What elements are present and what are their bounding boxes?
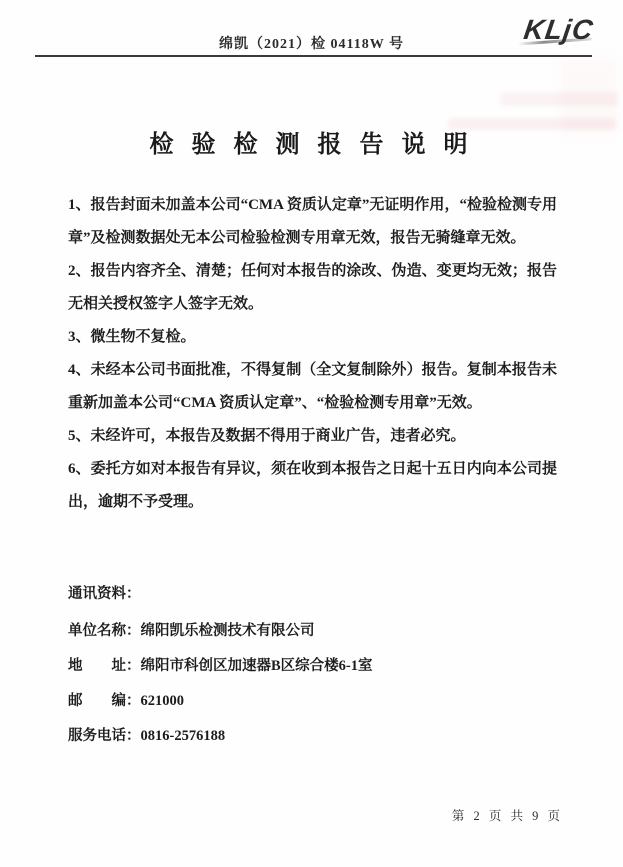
note-item-1: 1、报告封面未加盖本公司“CMA 资质认定章”无证明作用，“检验检测专用章”及检… (68, 189, 557, 255)
company-logo: KLjC (521, 14, 595, 46)
report-page: 绵凯（2021）检 04118W 号 KLjC 检 验 检 测 报 告 说 明 … (0, 0, 623, 867)
stamp-bleed-mark (500, 92, 618, 106)
contact-row-postcode: 邮 编：621000 (68, 691, 373, 712)
contact-info: 通讯资料： 单位名称：绵阳凯乐检测技术有限公司 地 址：绵阳市科创区加速器B区综… (68, 584, 373, 761)
contact-value-address: 绵阳市科创区加速器B区综合楼6-1室 (141, 658, 373, 674)
contact-label-phone: 服务电话： (68, 728, 141, 744)
contact-label-address: 地 址： (68, 658, 141, 674)
contact-value-phone: 0816-2576188 (141, 728, 226, 744)
contact-label-postcode: 邮 编： (68, 693, 141, 709)
note-item-6: 6、委托方如对本报告有异议，须在收到本报告之日起十五日内向本公司提出，逾期不予受… (68, 453, 557, 519)
note-item-3: 3、微生物不复检。 (68, 321, 557, 354)
contact-value-postcode: 621000 (141, 693, 185, 709)
contact-row-phone: 服务电话：0816-2576188 (68, 726, 373, 747)
contact-label-company: 单位名称： (68, 623, 141, 639)
note-item-2: 2、报告内容齐全、清楚；任何对本报告的涂改、伪造、变更均无效；报告无相关授权签字… (68, 255, 557, 321)
page-number: 第 2 页 共 9 页 (452, 806, 563, 824)
contact-heading: 通讯资料： (68, 584, 373, 605)
contact-row-address: 地 址：绵阳市科创区加速器B区综合楼6-1室 (68, 656, 373, 677)
page-title: 检 验 检 测 报 告 说 明 (0, 124, 623, 159)
report-notes: 1、报告封面未加盖本公司“CMA 资质认定章”无证明作用，“检验检测专用章”及检… (68, 189, 557, 519)
note-item-5: 5、未经许可，本报告及数据不得用于商业广告，违者必究。 (68, 420, 557, 453)
note-item-4: 4、未经本公司书面批准，不得复制（全文复制除外）报告。复制本报告未重新加盖本公司… (68, 354, 557, 420)
contact-value-company: 绵阳凯乐检测技术有限公司 (141, 623, 315, 639)
header-divider (35, 55, 592, 57)
contact-row-company: 单位名称：绵阳凯乐检测技术有限公司 (68, 621, 373, 642)
